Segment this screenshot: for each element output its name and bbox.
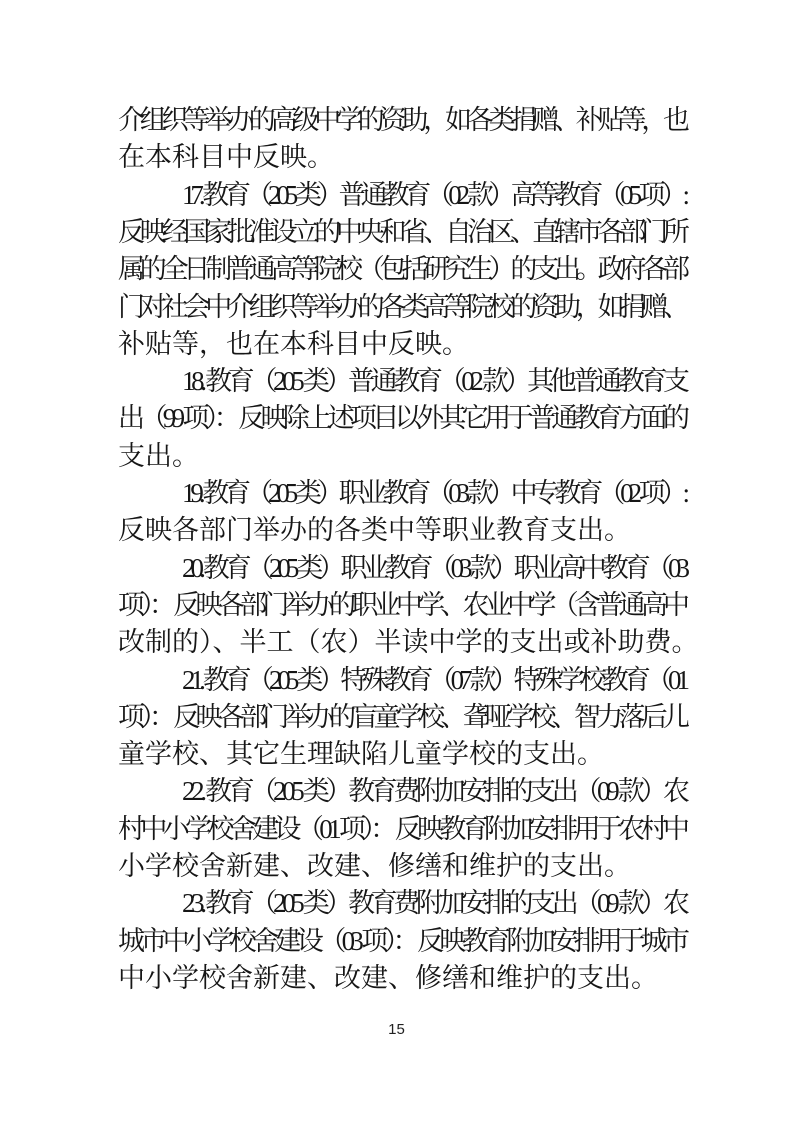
page-number: 15 — [0, 1021, 793, 1038]
line-item18-3: 支出。 — [118, 441, 199, 471]
document-page: 介组织等举办的高级中学的资助，如各类捐赠、补贴等，也 在本科目中反映。 17. … — [0, 0, 793, 1122]
line-item16-cont-2: 在本科目中反映。 — [118, 142, 334, 172]
line-item21-2: 项）： 反映各部门举办的盲童学校、聋哑学校、智力落后儿 — [118, 702, 690, 732]
line-item20-1: 20. 教育（205 类）职业教育（03 款）职业高中教育（03 — [182, 553, 690, 583]
line-item17-3: 属的全日制普通高等院校（包括研究生）的支出。政府各部 — [118, 254, 690, 284]
line-item17-2: 反映经国家批准设立的中央和省、自治区、直辖市各部门所 — [118, 217, 690, 247]
line-item18-2: 出（99 项）： 反映除上述项目以外其它用于普通教育方面的 — [118, 403, 690, 433]
line-item20-3: 改制的）、半工（农）半读中学的支出或补助费。 — [118, 627, 698, 657]
line-item19-2: 反映各部门举办的各类中等职业教育支出。 — [118, 515, 631, 545]
line-item22-2: 村中小学校舍建设（01 项）： 反映教育附加安排用于农村中 — [118, 814, 690, 844]
line-item20-2: 项）： 反映各部门举办的职业中学、农业中学（含普通高中 — [118, 590, 690, 620]
line-item23-3: 中小学校舍新建、改建、修缮和维护的支出。 — [118, 963, 658, 993]
line-item18-1: 18. 教育（205 类）普通教育（02 款）其他普通教育支 — [182, 366, 690, 396]
line-item17-1: 17. 教育（205 类）普通教育（02 款）高等教育（05 项）: — [182, 180, 690, 210]
document-text-block: 介组织等举办的高级中学的资助，如各类捐赠、补贴等，也 在本科目中反映。 17. … — [118, 100, 698, 1020]
line-item23-2: 城市中小学校舍建设（03 项）： 反映教育附加安排用于城市 — [118, 926, 690, 956]
line-item19-1: 19. 教育（205 类）职业教育（03 款）中专教育（02 项）: — [182, 478, 690, 508]
line-item17-5: 补贴等，也在本科目中反映。 — [118, 329, 469, 359]
line-item22-3: 小学校舍新建、改建、修缮和维护的支出。 — [118, 851, 631, 881]
line-item17-4: 门对社会中介组织等举办的各类高等院校的资助，如捐赠、 — [118, 292, 690, 322]
line-item22-1: 22. 教育（205 类）教育费附加安排的支出（09 款）农 — [182, 776, 690, 806]
line-item16-cont-1: 介组织等举办的高级中学的资助，如各类捐赠、补贴等，也 — [118, 105, 690, 135]
line-item21-1: 21. 教育（205 类）特殊教育（07 款）特殊学校教育（01 — [182, 665, 690, 695]
line-item23-1: 23. 教育（205 类）教育费附加安排的支出（09 款）农 — [182, 888, 690, 918]
line-item21-3: 童学校、其它生理缺陷儿童学校的支出。 — [118, 739, 604, 769]
